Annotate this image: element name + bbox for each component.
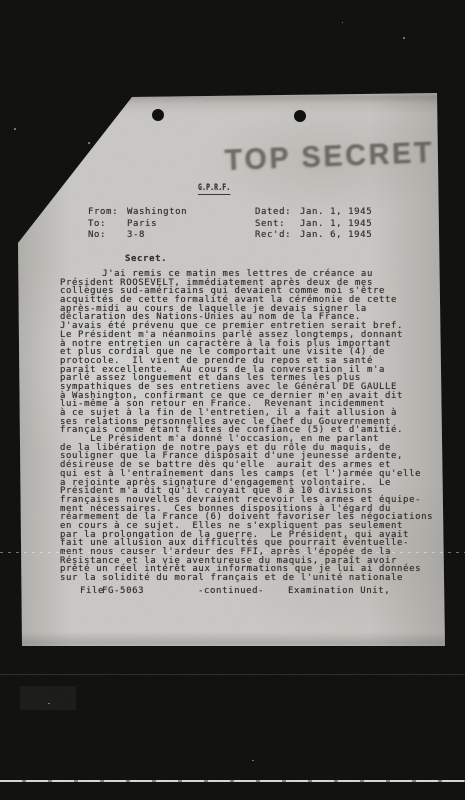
org-heading: G.P.R.F. xyxy=(198,183,230,195)
document-body: J'ai remis ce matin mes lettres de créan… xyxy=(60,270,432,583)
continued-marker: -continued- xyxy=(198,586,264,596)
meta-row-to: To: Paris Sent: Jan. 1, 1945 xyxy=(88,219,408,231)
dust-speck xyxy=(88,142,90,144)
examination-unit: Examination Unit, xyxy=(288,586,390,596)
file-label: File xyxy=(80,586,104,596)
dust-speck xyxy=(342,22,343,23)
scan-patch xyxy=(20,686,76,710)
file-number: FG-5063 xyxy=(102,586,144,596)
faint-scan-line xyxy=(0,674,465,675)
dust-speck xyxy=(252,760,254,761)
sent-label: Sent: xyxy=(255,219,285,229)
dust-speck xyxy=(14,128,16,130)
recd-label: Rec'd: xyxy=(255,230,291,240)
dust-speck xyxy=(48,703,50,704)
from-label: From: xyxy=(88,207,118,217)
no-label: No: xyxy=(88,230,106,240)
recd-value: Jan. 6, 1945 xyxy=(300,230,372,240)
dust-speck xyxy=(403,37,405,39)
meta-row-no: No: 3-8 Rec'd: Jan. 6, 1945 xyxy=(88,230,408,242)
dated-label: Dated: xyxy=(255,207,291,217)
meta-row-from: From: Washington Dated: Jan. 1, 1945 xyxy=(88,207,408,219)
bottom-scan-line xyxy=(0,780,465,782)
no-value: 3-8 xyxy=(127,230,145,240)
from-value: Washington xyxy=(127,207,187,217)
document-line: sur la solidité du moral français et de … xyxy=(60,574,432,583)
to-label: To: xyxy=(88,219,106,229)
document-footer: File FG-5063 -continued- Examination Uni… xyxy=(0,586,465,596)
scanned-document: G.P.R.F. From: Washington Dated: Jan. 1,… xyxy=(0,0,465,800)
typed-layer: G.P.R.F. From: Washington Dated: Jan. 1,… xyxy=(0,0,465,800)
meta-table: From: Washington Dated: Jan. 1, 1945 To:… xyxy=(88,207,408,242)
dated-value: Jan. 1, 1945 xyxy=(300,207,372,217)
sent-value: Jan. 1, 1945 xyxy=(300,219,372,229)
classification-label: Secret. xyxy=(125,254,167,264)
to-value: Paris xyxy=(127,219,157,229)
scratch-line xyxy=(0,552,465,553)
